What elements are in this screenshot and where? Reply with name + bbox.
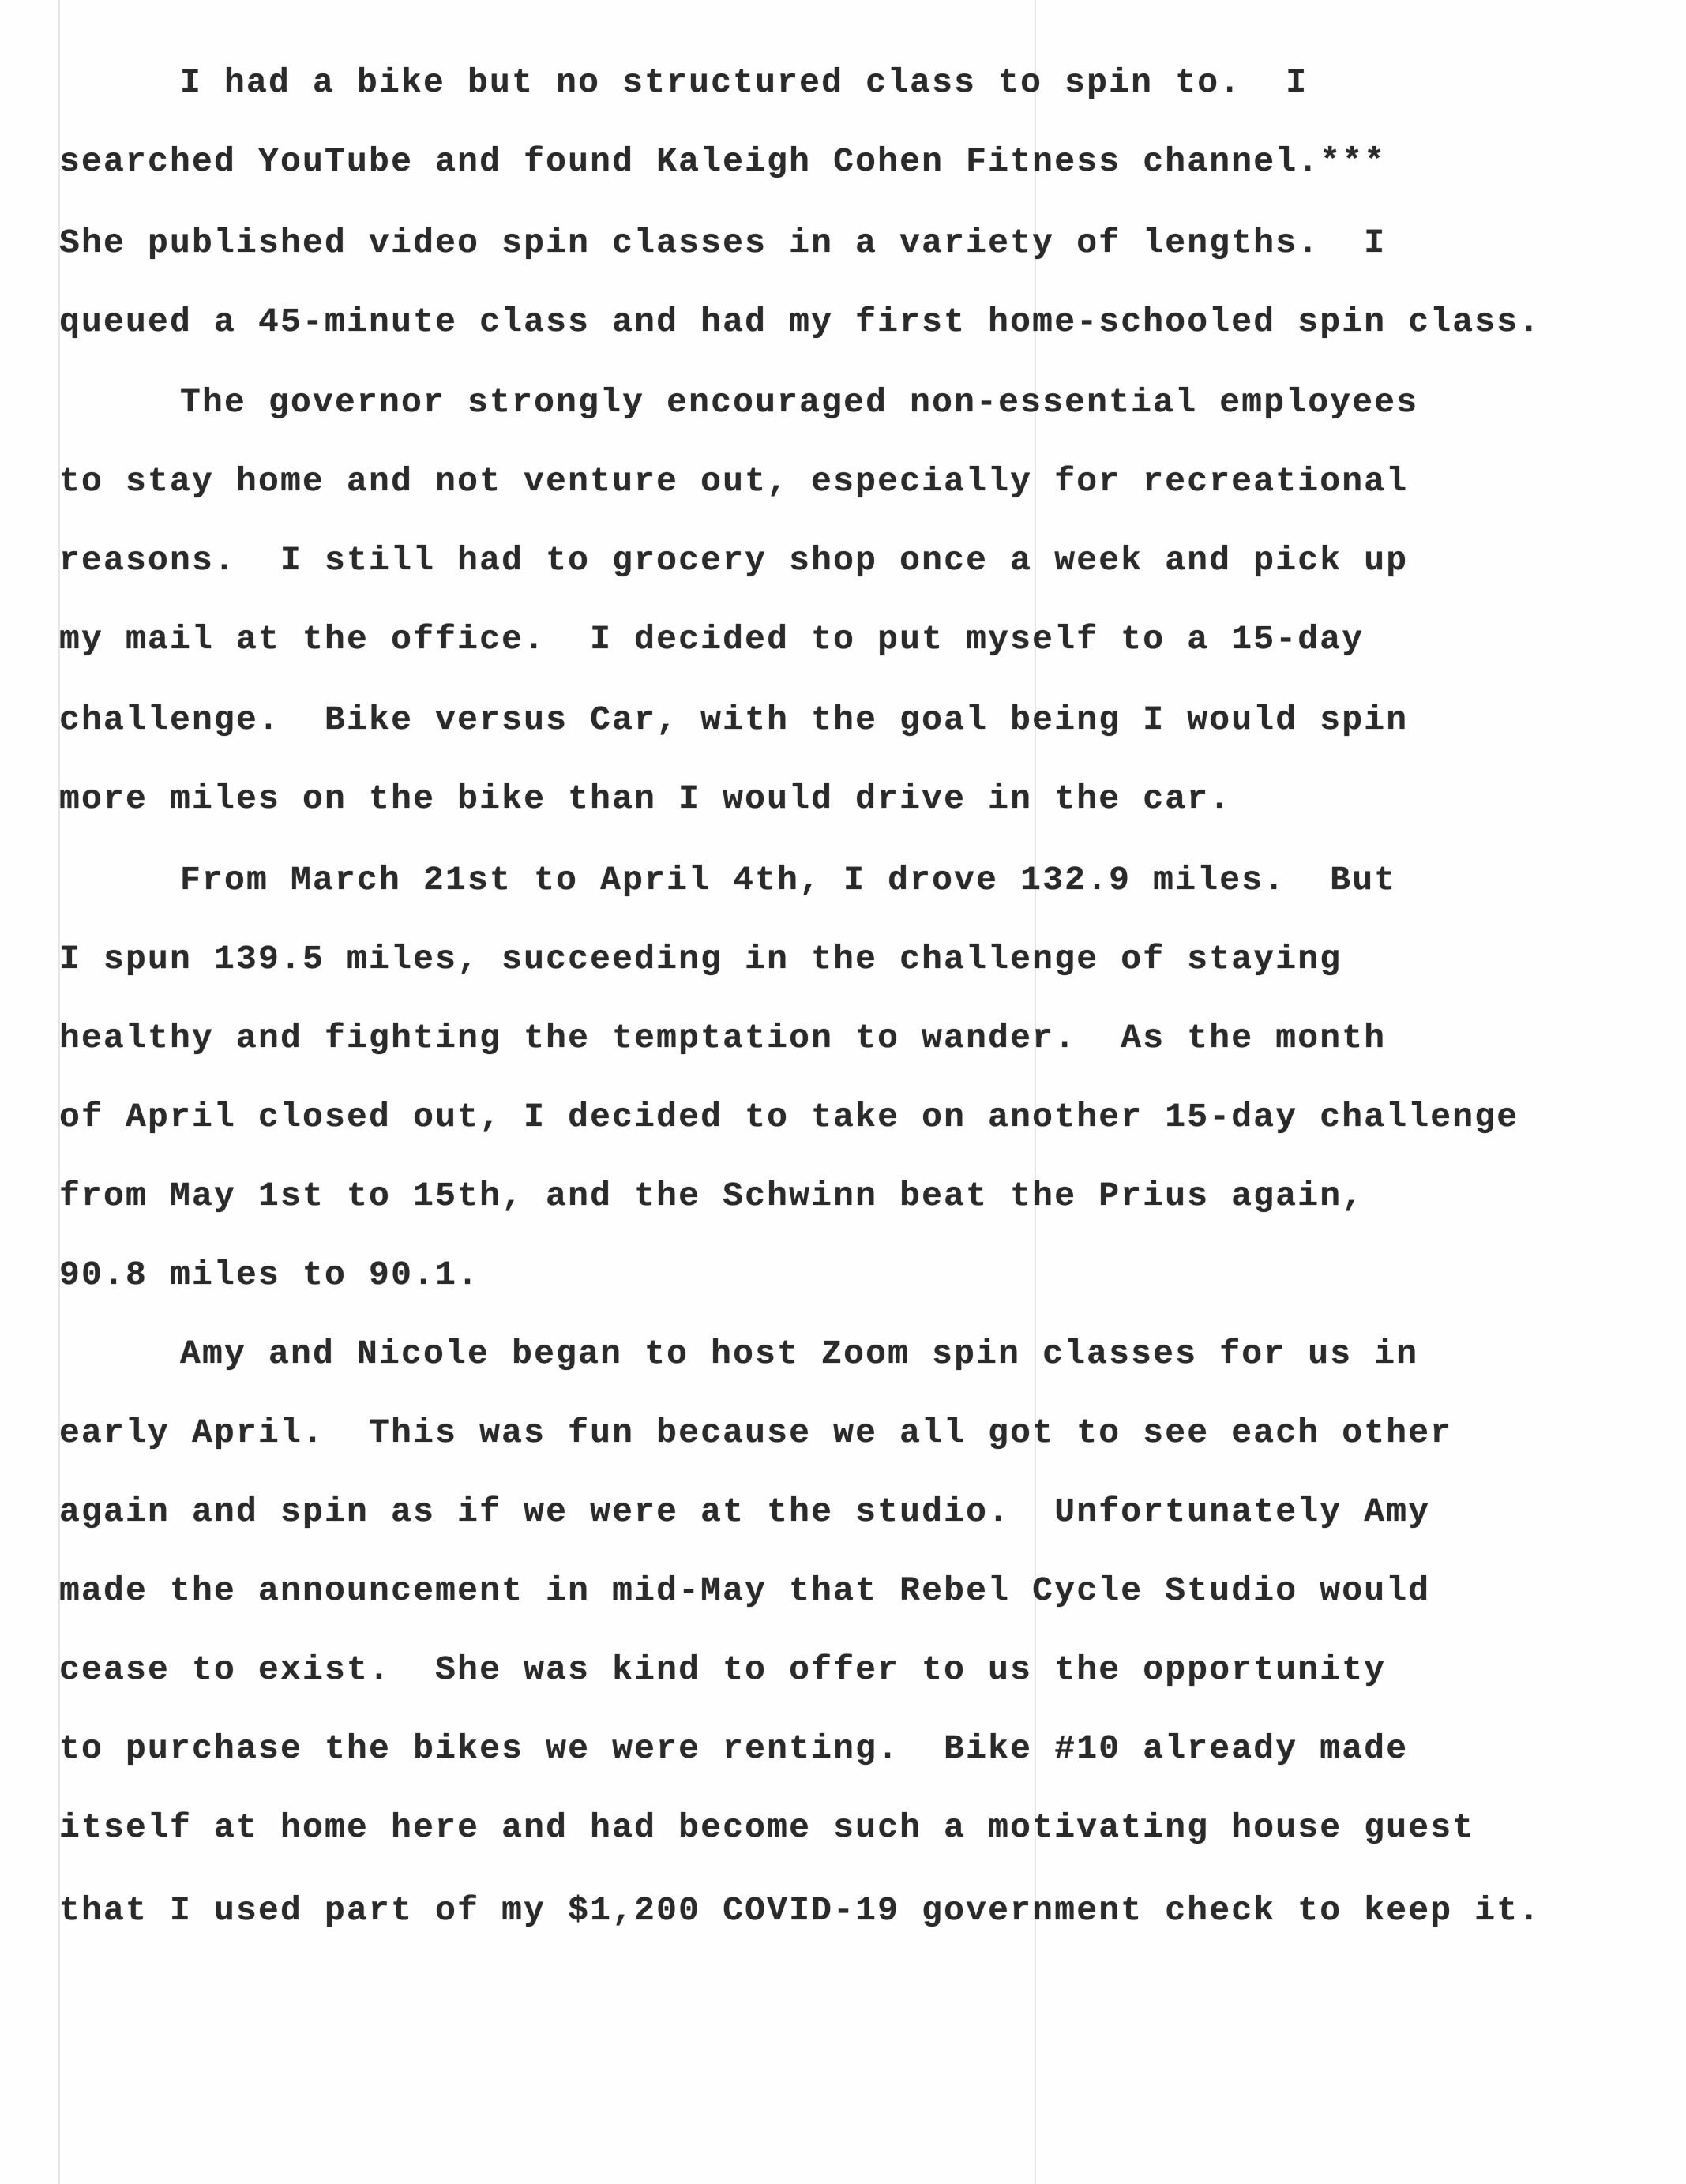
text-line: reasons. I still had to grocery shop onc… bbox=[59, 537, 1408, 584]
text-line: again and spin as if we were at the stud… bbox=[59, 1488, 1430, 1536]
text-line: 90.8 miles to 90.1. bbox=[59, 1251, 479, 1299]
text-line: The governor strongly encouraged non-ess… bbox=[180, 379, 1418, 426]
text-line: healthy and fighting the temptation to w… bbox=[59, 1015, 1386, 1062]
text-line: searched YouTube and found Kaleigh Cohen… bbox=[59, 138, 1386, 186]
text-line: to stay home and not venture out, especi… bbox=[59, 458, 1408, 505]
text-line: Amy and Nicole began to host Zoom spin c… bbox=[180, 1330, 1418, 1378]
text-line: to purchase the bikes we were renting. B… bbox=[59, 1725, 1408, 1773]
text-line: more miles on the bike than I would driv… bbox=[59, 775, 1231, 823]
text-line: of April closed out, I decided to take o… bbox=[59, 1094, 1519, 1141]
text-line: from May 1st to 15th, and the Schwinn be… bbox=[59, 1173, 1364, 1220]
text-line: my mail at the office. I decided to put … bbox=[59, 616, 1364, 663]
text-line: queued a 45-minute class and had my firs… bbox=[59, 298, 1541, 346]
text-line: She published video spin classes in a va… bbox=[59, 220, 1386, 267]
text-line: made the announcement in mid-May that Re… bbox=[59, 1567, 1430, 1615]
text-line: itself at home here and had become such … bbox=[59, 1804, 1474, 1852]
text-line: early April. This was fun because we all… bbox=[59, 1409, 1452, 1457]
text-line: I spun 139.5 miles, succeeding in the ch… bbox=[59, 936, 1342, 983]
typewritten-page: I had a bike but no structured class to … bbox=[0, 0, 1686, 2184]
text-line: cease to exist. She was kind to offer to… bbox=[59, 1646, 1386, 1694]
text-line: that I used part of my $1,200 COVID-19 g… bbox=[59, 1887, 1541, 1934]
text-line: I had a bike but no structured class to … bbox=[180, 59, 1308, 107]
text-line: From March 21st to April 4th, I drove 13… bbox=[180, 857, 1396, 904]
text-line: challenge. Bike versus Car, with the goa… bbox=[59, 696, 1408, 744]
